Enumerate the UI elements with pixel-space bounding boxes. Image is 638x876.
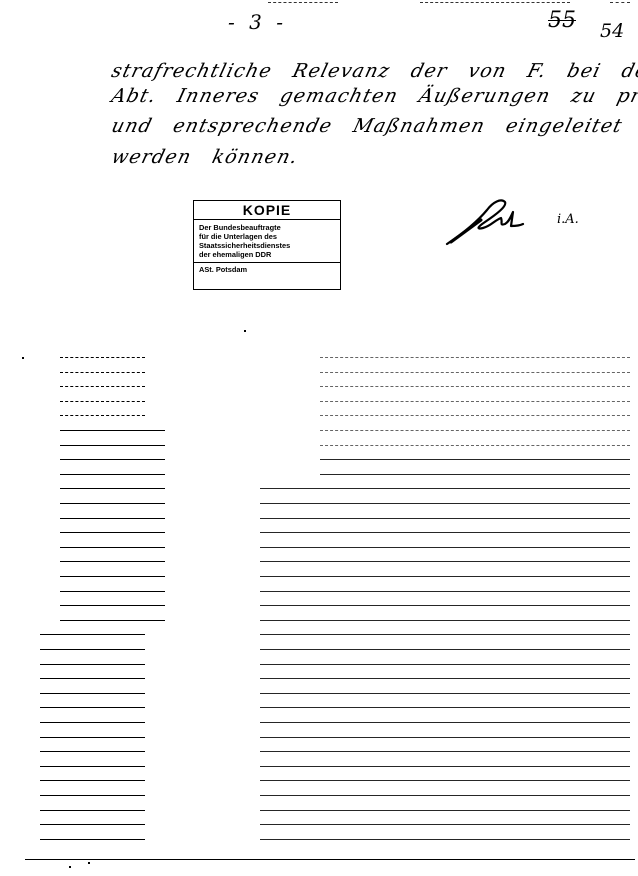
ruled-line — [260, 532, 630, 533]
ruled-line — [320, 372, 630, 373]
handwritten-line: strafrechtliche Relevanz der von F. bei … — [109, 60, 638, 82]
handwritten-line: Abt. Inneres gemachten Äußerungen zu prü… — [109, 85, 638, 107]
ruled-line — [320, 430, 630, 431]
stamp-title: KOPIE — [194, 201, 340, 220]
ruled-line — [260, 664, 630, 665]
ruled-line — [40, 664, 145, 665]
ruled-line — [40, 824, 145, 825]
ruled-line — [60, 357, 145, 358]
ruled-line — [320, 401, 630, 402]
handwritten-line: und entsprechende Maßnahmen eingeleitet — [109, 115, 625, 137]
ruled-line — [40, 737, 145, 738]
ruled-line — [260, 518, 630, 519]
ruled-line — [260, 591, 630, 592]
ruled-line — [260, 766, 630, 767]
ruled-line — [40, 693, 145, 694]
ruled-line — [260, 620, 630, 621]
ruled-line — [40, 795, 145, 796]
ruled-line — [320, 386, 630, 387]
ruled-line — [320, 474, 630, 475]
ruled-line — [260, 678, 630, 679]
ruled-line — [320, 445, 630, 446]
scan-artifact — [420, 2, 570, 4]
ruled-line — [40, 839, 145, 840]
ruled-line — [40, 751, 145, 752]
ruled-line — [60, 488, 165, 489]
page-bottom-rule — [25, 859, 635, 860]
stamp-office: ASt. Potsdam — [199, 265, 335, 274]
ruled-line — [40, 810, 145, 811]
ruled-line — [60, 518, 165, 519]
ruled-line — [260, 561, 630, 562]
ruled-line — [60, 532, 165, 533]
ruled-line — [260, 839, 630, 840]
ruled-line — [260, 810, 630, 811]
ruled-line — [260, 722, 630, 723]
ruled-line — [260, 576, 630, 577]
document-page: - 3 - 55 54 strafrechtliche Relevanz der… — [0, 0, 638, 876]
scan-artifact — [268, 2, 338, 4]
ruled-line — [60, 474, 165, 475]
scan-speck — [88, 862, 90, 864]
ruled-line — [60, 415, 145, 416]
ruled-line — [40, 634, 145, 635]
stamp-line: Staatssicherheitsdienstes — [199, 241, 335, 250]
ruled-line — [40, 678, 145, 679]
signature-abbreviation: i.A. — [557, 212, 579, 227]
ruled-line — [60, 591, 165, 592]
scan-artifact — [610, 2, 630, 4]
ruled-line — [260, 605, 630, 606]
ruled-line — [40, 780, 145, 781]
ruled-line — [260, 693, 630, 694]
ruled-line — [260, 649, 630, 650]
scan-speck — [69, 866, 71, 868]
ruled-line — [60, 547, 165, 548]
ruled-line — [260, 707, 630, 708]
handwritten-line: werden können. — [109, 146, 301, 168]
ruled-line — [260, 488, 630, 489]
ruled-line — [320, 415, 630, 416]
ruled-line — [320, 357, 630, 358]
ruled-line — [260, 634, 630, 635]
kopie-stamp: KOPIE Der Bundesbeauftragte für die Unte… — [193, 200, 341, 290]
ruled-line — [60, 430, 165, 431]
ruled-line — [60, 561, 165, 562]
folio-number-crossed: 55 — [548, 8, 576, 33]
ruled-line — [60, 576, 165, 577]
ruled-line — [40, 766, 145, 767]
ruled-line — [260, 503, 630, 504]
page-number: - 3 - — [228, 10, 287, 34]
ruled-line — [40, 722, 145, 723]
handwritten-signature-icon — [445, 196, 545, 246]
ruled-line — [40, 649, 145, 650]
folio-number: 54 — [600, 20, 624, 42]
ruled-line — [260, 751, 630, 752]
ruled-line — [60, 445, 165, 446]
ruled-line — [60, 372, 145, 373]
ruled-line — [260, 824, 630, 825]
scan-speck — [244, 330, 246, 332]
ruled-line — [60, 620, 165, 621]
ruled-line — [260, 780, 630, 781]
ruled-line — [60, 401, 145, 402]
ruled-line — [60, 605, 165, 606]
ruled-line — [320, 459, 630, 460]
scan-speck — [22, 357, 24, 359]
stamp-line: Der Bundesbeauftragte — [199, 223, 335, 232]
ruled-line — [260, 795, 630, 796]
ruled-line — [260, 737, 630, 738]
ruled-line — [60, 503, 165, 504]
ruled-line — [40, 707, 145, 708]
ruled-line — [60, 386, 145, 387]
stamp-divider — [194, 262, 340, 263]
stamp-line: der ehemaligen DDR — [199, 250, 335, 259]
ruled-line — [60, 459, 165, 460]
ruled-line — [260, 547, 630, 548]
stamp-line: für die Unterlagen des — [199, 232, 335, 241]
